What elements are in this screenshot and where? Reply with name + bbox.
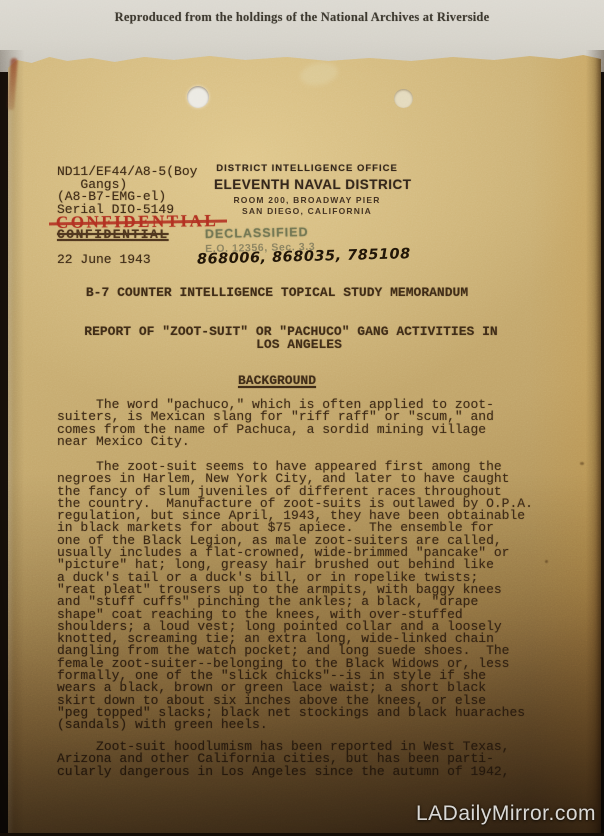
paragraph-1: The word "pachuco," which is often appli… <box>57 399 537 448</box>
letterhead-address-1: ROOM 200, BROADWAY PIER <box>214 195 400 205</box>
letterhead-district: ELEVENTH NAVAL DISTRICT <box>214 177 400 192</box>
punch-hole-left <box>187 86 209 108</box>
archive-caption: Reproduced from the holdings of the Nati… <box>0 10 604 25</box>
memo-title: B-7 COUNTER INTELLIGENCE TOPICAL STUDY M… <box>86 287 468 299</box>
file-reference-block: ND11/EF44/A8-5(Boy Gangs) (A8-B7-EMG-el)… <box>57 166 197 216</box>
document-date: 22 June 1943 <box>57 254 151 266</box>
paragraph-3: Zoot-suit hoodlumism has been reported i… <box>57 741 537 778</box>
declassified-stamp-line1: DECLASSIFIED <box>205 225 315 241</box>
archival-photo: Reproduced from the holdings of the Nati… <box>0 0 604 836</box>
section-heading-background: BACKGROUND <box>238 375 316 387</box>
punch-hole-right <box>394 89 413 108</box>
paper-speck <box>545 560 548 563</box>
report-title-line2: LOS ANGELES <box>256 339 342 351</box>
letterhead: DISTRICT INTELLIGENCE OFFICE ELEVENTH NA… <box>214 163 400 216</box>
letterhead-office: DISTRICT INTELLIGENCE OFFICE <box>214 163 400 174</box>
paragraph-2: The zoot-suit seems to have appeared fir… <box>57 461 537 732</box>
confidential-typed: CONFIDENTIAL <box>57 229 169 241</box>
paper-speck <box>580 462 584 465</box>
letterhead-address-2: SAN DIEGO, CALIFORNIA <box>214 206 400 216</box>
watermark: LADailyMirror.com <box>416 802 596 826</box>
